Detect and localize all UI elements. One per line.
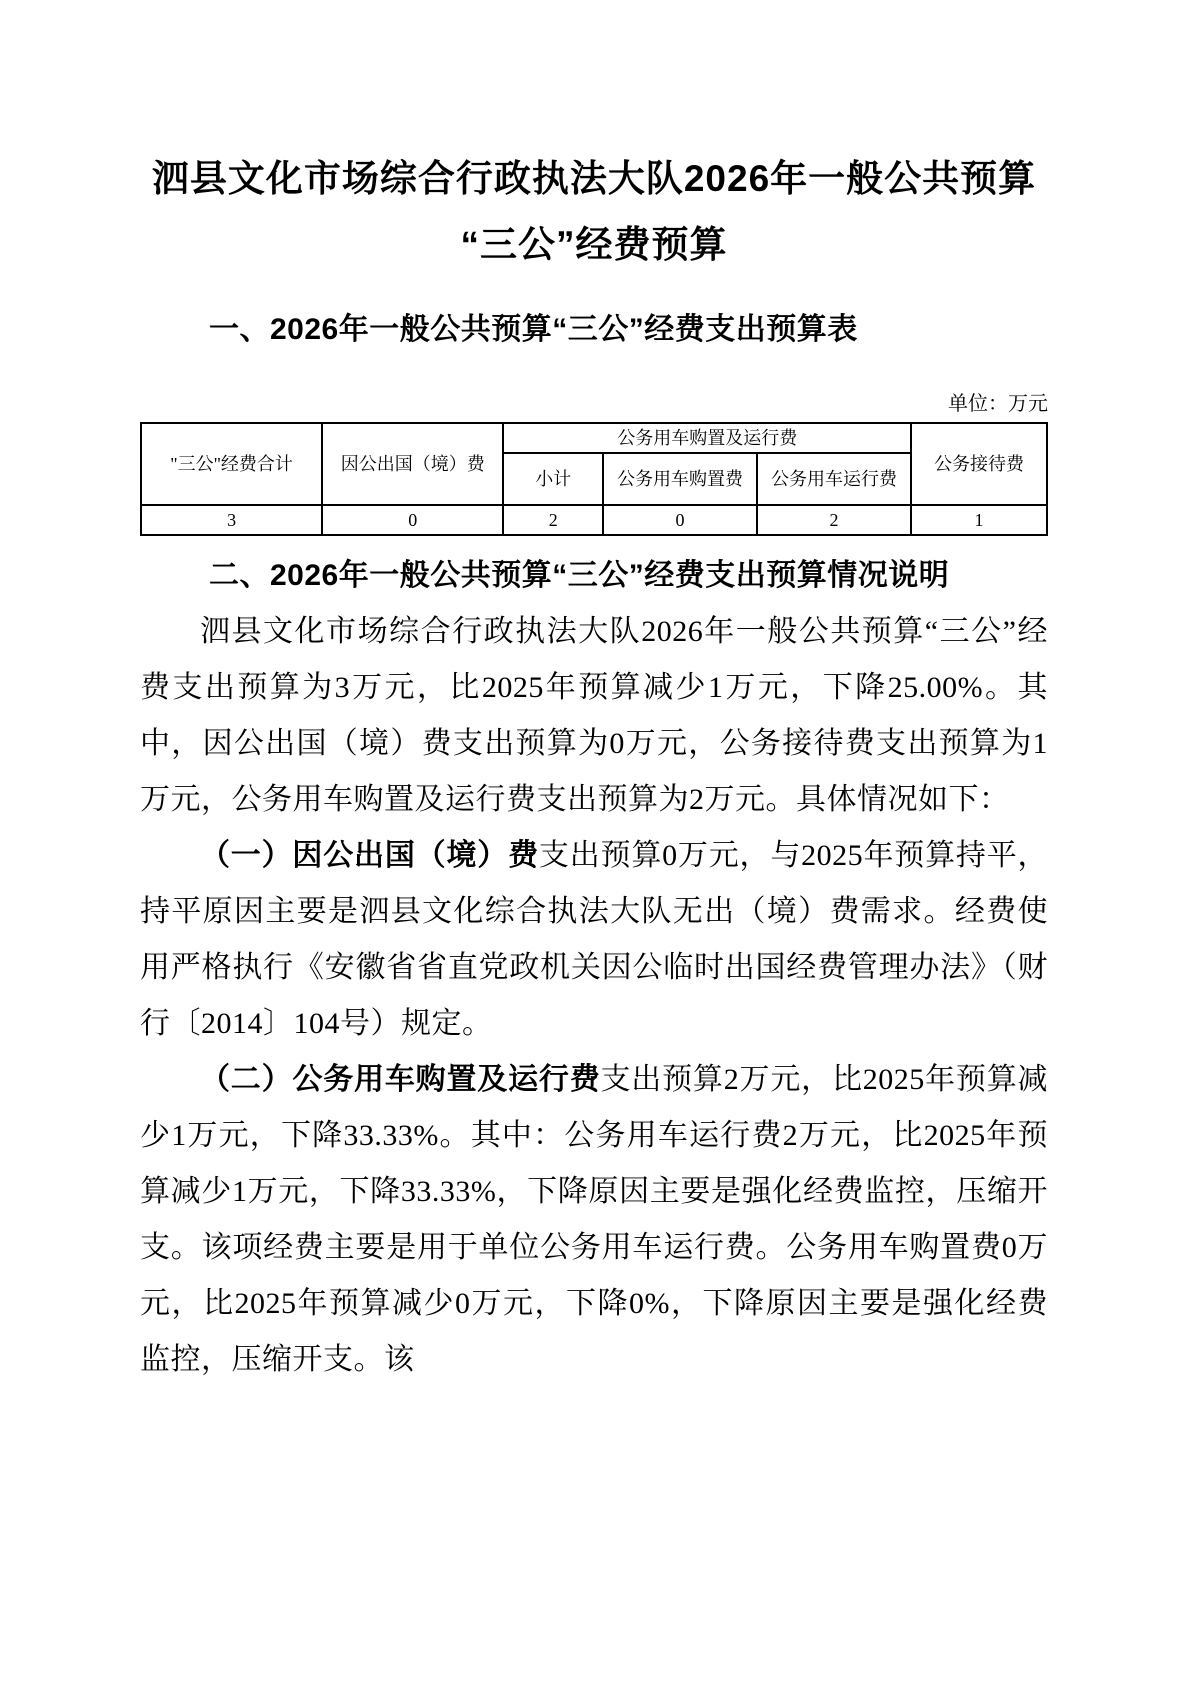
table-header-row-1: "三公"经费合计 因公出国（境）费 公务用车购置及运行费 公务接待费 — [141, 423, 1047, 453]
header-cell-abroad: 因公出国（境）费 — [322, 423, 503, 505]
value-cell-subtotal: 2 — [503, 505, 603, 535]
paragraph-vehicle-fee-lead: （二）公务用车购置及运行费 — [200, 1063, 601, 1096]
value-cell-purchase: 0 — [603, 505, 757, 535]
value-cell-total: 3 — [141, 505, 322, 535]
header-cell-total: "三公"经费合计 — [141, 423, 322, 505]
value-cell-abroad: 0 — [322, 505, 503, 535]
paragraph-vehicle-fee-body: 支出预算2万元，比2025年预算减少1万元，下降33.33%。其中：公务用车运行… — [140, 1063, 1048, 1376]
paragraph-vehicle-fee: （二）公务用车购置及运行费支出预算2万元，比2025年预算减少1万元，下降33.… — [140, 1052, 1048, 1388]
paragraph-abroad-fee: （一）因公出国（境）费支出预算0万元，与2025年预算持平，持平原因主要是泗县文… — [140, 828, 1048, 1052]
three-public-budget-table: "三公"经费合计 因公出国（境）费 公务用车购置及运行费 公务接待费 小计 公务… — [140, 422, 1048, 536]
section1-heading: 一、2026年一般公共预算“三公”经费支出预算表 — [140, 308, 1048, 352]
header-cell-subtotal: 小计 — [503, 453, 603, 505]
header-cell-purchase: 公务用车购置费 — [603, 453, 757, 505]
header-cell-reception: 公务接待费 — [911, 423, 1047, 505]
document-page: 泗县文化市场综合行政执法大队2026年一般公共预算 “三公”经费预算 一、202… — [0, 0, 1190, 1684]
value-cell-operation: 2 — [757, 505, 911, 535]
document-title: 泗县文化市场综合行政执法大队2026年一般公共预算 “三公”经费预算 — [140, 146, 1048, 278]
value-cell-reception: 1 — [911, 505, 1047, 535]
table-data-row: 3 0 2 0 2 1 — [141, 505, 1047, 535]
document-title-line1: 泗县文化市场综合行政执法大队2026年一般公共预算 — [140, 146, 1048, 212]
paragraph-abroad-fee-lead: （一）因公出国（境）费 — [200, 839, 539, 872]
section2-heading: 二、2026年一般公共预算“三公”经费支出预算情况说明 — [140, 548, 1048, 604]
document-title-line2: “三公”经费预算 — [140, 212, 1048, 278]
header-cell-operation: 公务用车运行费 — [757, 453, 911, 505]
paragraph-overview: 泗县文化市场综合行政执法大队2026年一般公共预算“三公”经费支出预算为3万元，… — [140, 604, 1048, 828]
table-unit-label: 单位：万元 — [140, 392, 1048, 416]
header-cell-vehicle-group: 公务用车购置及运行费 — [503, 423, 911, 453]
